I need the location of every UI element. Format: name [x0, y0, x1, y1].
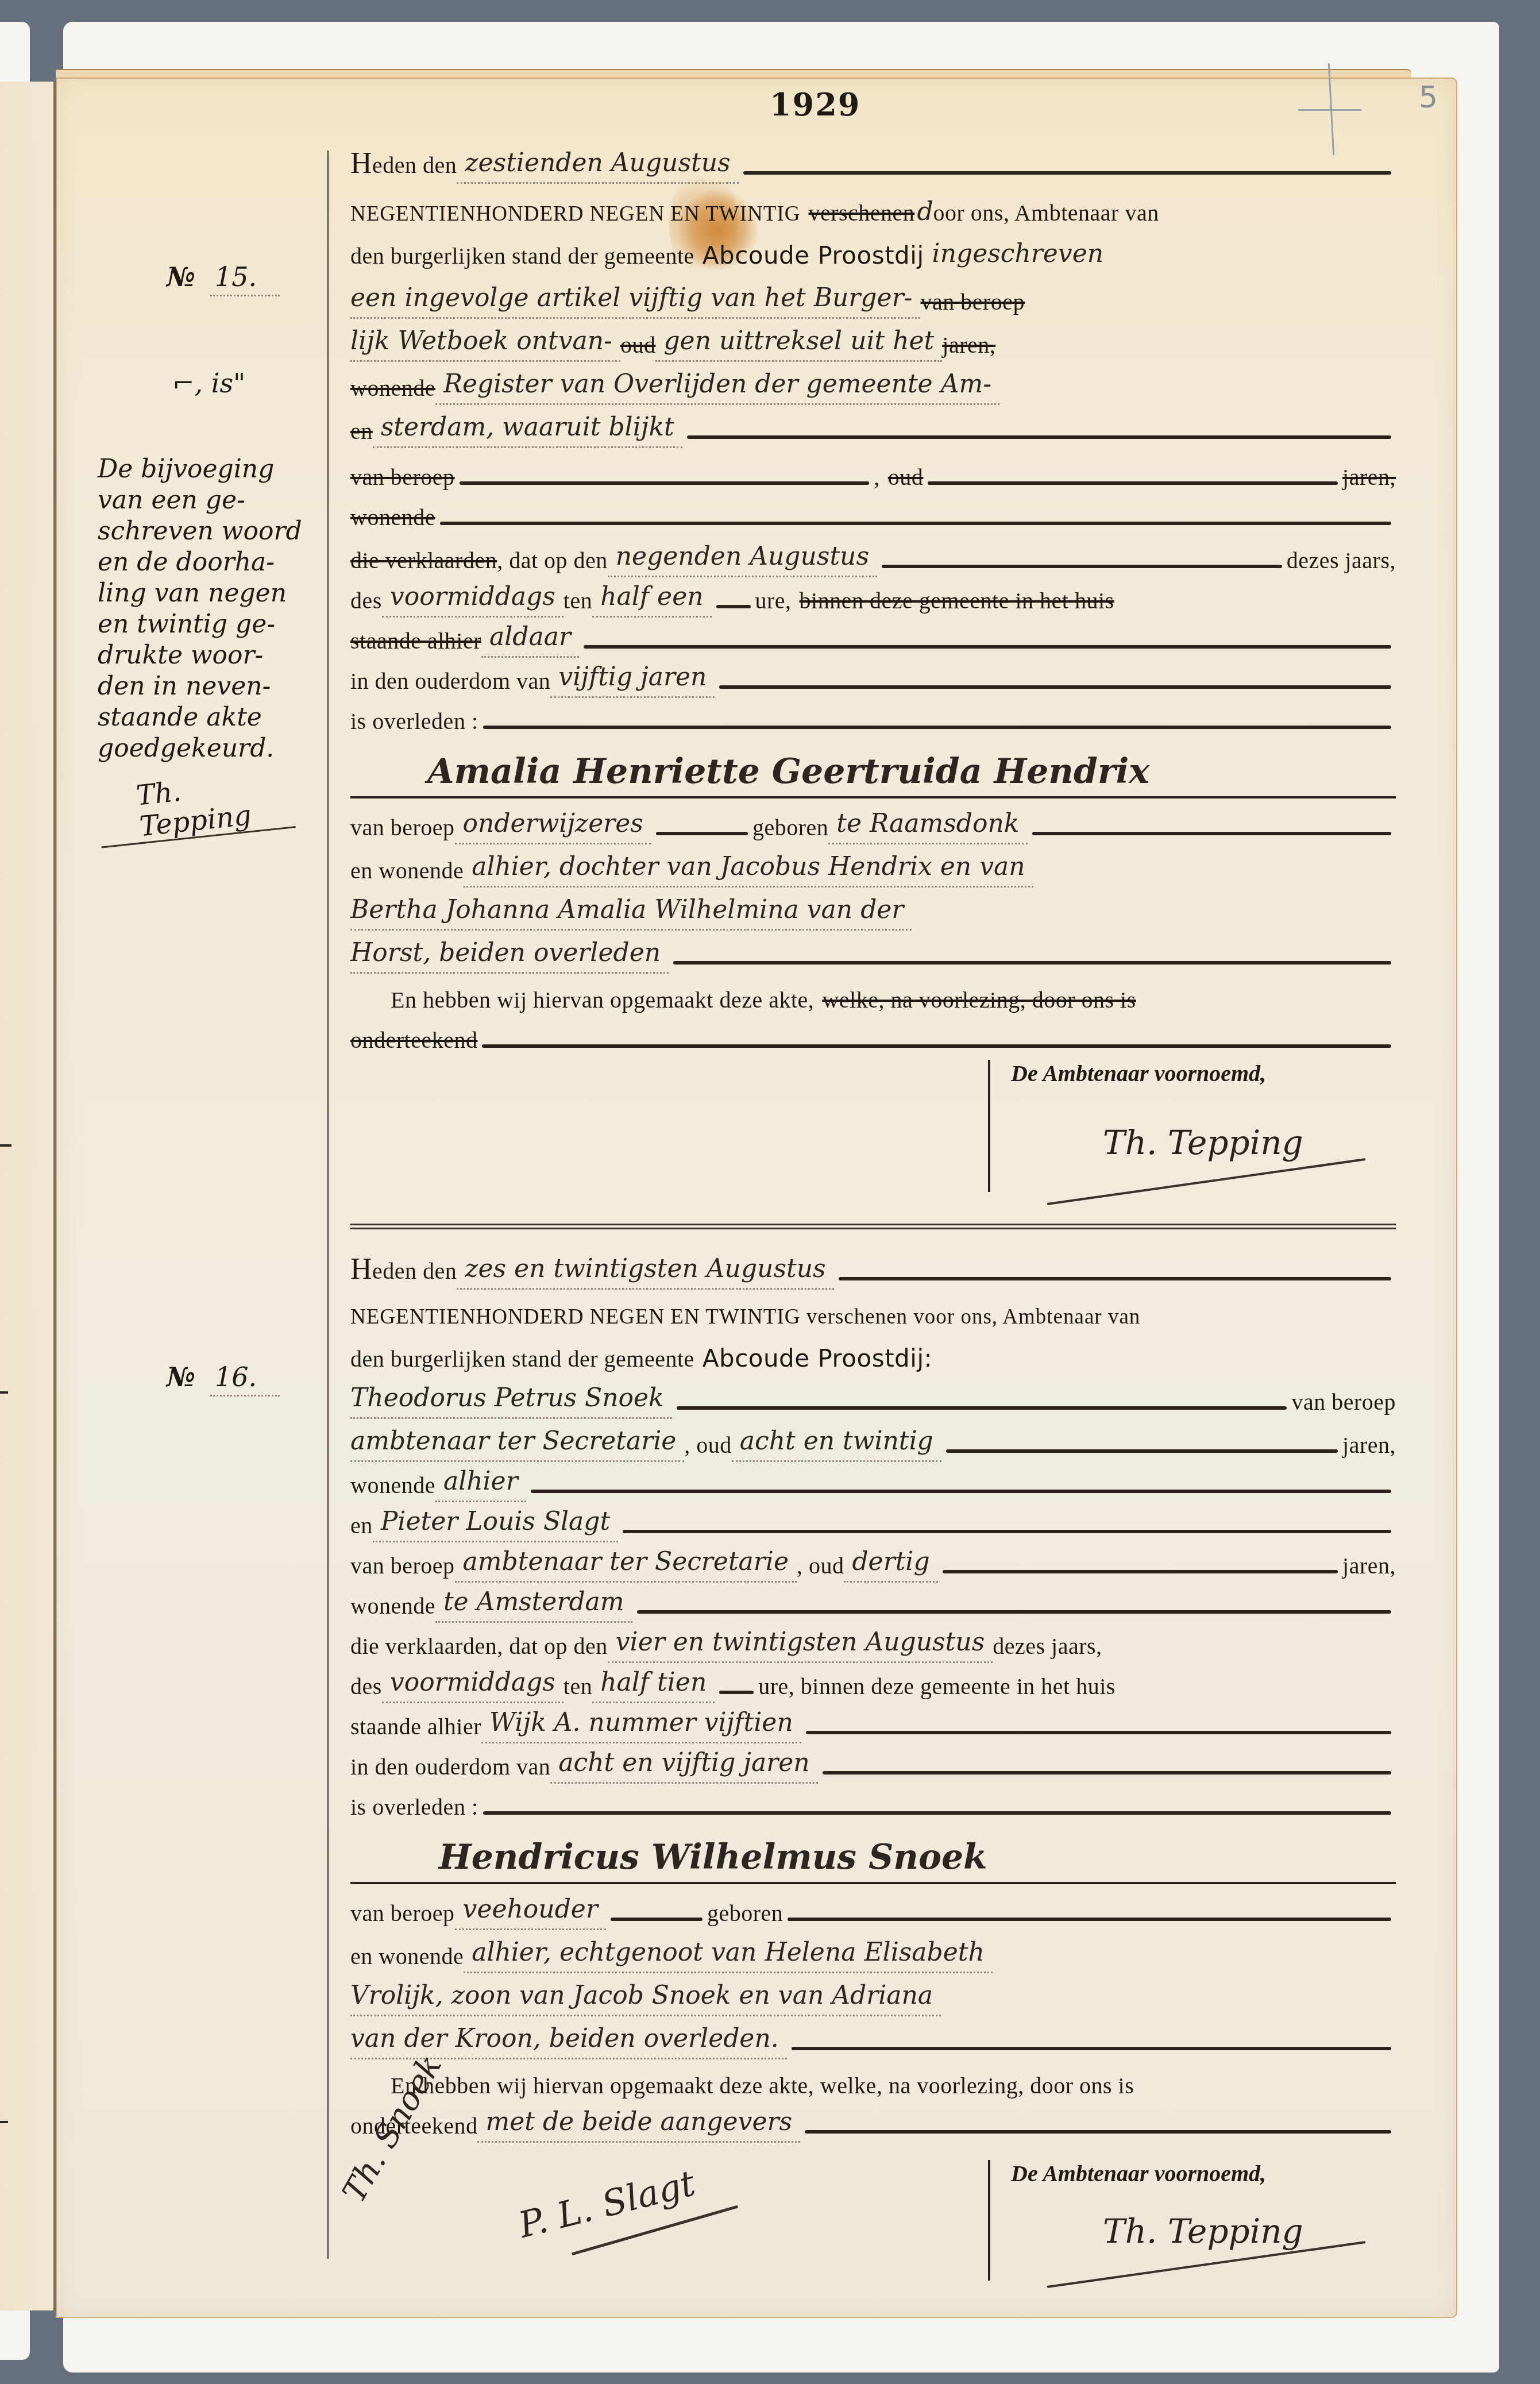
e15-line-occupation: van beroep onderwijzeres geboren te Raam…: [350, 804, 1396, 844]
e15-line-closing: En hebben wij hiervan opgemaakt deze akt…: [350, 977, 1396, 1017]
municipality: Abcoude Proostdij:: [703, 1344, 932, 1376]
e15-line-7: en sterdam, waaruit blijkt: [350, 408, 1396, 448]
insertion-marker: ⌐, is": [172, 368, 245, 399]
margin-signature: Th. Tepping: [95, 765, 296, 848]
e16-line-municipality: den burgerlijken stand der gemeente Abco…: [350, 1336, 1396, 1376]
ink-mark: [0, 1144, 11, 1147]
e16-line-declarant-1: Theodorus Petrus Snoek van beroep: [350, 1379, 1396, 1419]
e16-line-declarant-2: en Pieter Louis Slagt: [350, 1502, 1396, 1542]
e15-line-residence: en wonende alhier, dochter van Jacobus H…: [350, 847, 1396, 888]
entry-number-15: №15.: [167, 261, 280, 292]
municipality: Abcoude Proostdij: [703, 241, 924, 273]
e16-line-closing: En hebben wij hiervan opgemaakt deze akt…: [350, 2062, 1396, 2103]
page-year: 1929: [770, 86, 860, 123]
margin-annotation: De bijvoeging van een ge- schreven woord…: [98, 454, 316, 838]
e16-line-declarant-2-residence: wonende te Amsterdam: [350, 1583, 1396, 1623]
official-label: De Ambtenaar voornoemd,: [1011, 2160, 1266, 2187]
e15-line-place: staande alhier aldaar: [350, 618, 1396, 658]
e16-line-signed: onderteekend met de beide aangevers: [350, 2103, 1396, 2143]
folio-number: 5: [1419, 80, 1438, 115]
declarant-name: Theodorus Petrus Snoek: [350, 1383, 672, 1419]
e16-line-declarant-1-residence: wonende alhier: [350, 1462, 1396, 1502]
official-signature-block-16: De Ambtenaar voornoemd, Th. Tepping: [988, 2160, 1390, 2304]
ink-mark: [0, 1391, 8, 1394]
e15-line-age: in den ouderdom van vijftig jaren: [350, 658, 1396, 698]
deceased-name: Amalia Henriette Geertruida Hendrix: [419, 751, 1157, 796]
e15-line-5: lijk Wetboek ontvan- oud gen uittreksel …: [350, 322, 1396, 362]
pencil-fraction-mark: [1298, 63, 1361, 155]
official-signature: Th. Tepping: [1103, 1123, 1303, 1162]
e16-line-death-date: die verklaarden, dat op den vier en twin…: [350, 1623, 1396, 1663]
e16-line-declarant-1-occupation: ambtenaar ter Secretarie , oud acht en t…: [350, 1422, 1396, 1462]
margin-rule: [327, 151, 329, 2259]
e15-line-deceased-label: is overleden :: [350, 698, 1396, 738]
field-date: zestienden Augustus: [457, 148, 738, 184]
e15-line-signed: onderteekend: [350, 1017, 1396, 1057]
e16-line-year: NEGENTIENHONDERD NEGEN EN TWINTIG versch…: [350, 1293, 1396, 1333]
e16-line-death-time: des voormiddags ten half tien ure, binne…: [350, 1663, 1396, 1703]
ink-mark: [0, 2121, 8, 2123]
e16-line-deceased-label: is overleden :: [350, 1784, 1396, 1824]
official-signature-block-15: De Ambtenaar voornoemd, Th. Tepping: [988, 1060, 1390, 1221]
e16-line-declarant-2-occupation: van beroep ambtenaar ter Secretarie , ou…: [350, 1542, 1396, 1583]
e15-line-8: van beroep , oud jaren,: [350, 454, 1396, 494]
e15-line-6: wonende Register van Overlijden der geme…: [350, 365, 1396, 405]
declarant-name: Pieter Louis Slagt: [373, 1507, 618, 1542]
e15-line-date: Heden den zestienden Augustus: [350, 144, 1396, 184]
e15-line-municipality: den burgerlijken stand der gemeente Abco…: [350, 233, 1396, 273]
e15-line-9: wonende: [350, 494, 1396, 534]
e15-deceased-name-line: Amalia Henriette Geertruida Hendrix: [350, 747, 1396, 798]
official-signature: Th. Tepping: [1103, 2212, 1303, 2251]
e16-deceased-name-line: Hendricus Wilhelmus Snoek: [350, 1833, 1396, 1884]
e15-line-parents: Bertha Johanna Amalia Wilhelmina van der: [350, 890, 1396, 931]
official-label: De Ambtenaar voornoemd,: [1011, 1060, 1266, 1087]
e16-line-parents-2: van der Kroon, beiden overleden.: [350, 2019, 1396, 2059]
previous-page-edge: [0, 82, 55, 2310]
deceased-name: Hendricus Wilhelmus Snoek: [431, 1837, 995, 1882]
e15-line-4: een ingevolge artikel vijftig van het Bu…: [350, 279, 1396, 319]
e16-line-parents: Vrolijk, zoon van Jacob Snoek en van Adr…: [350, 1976, 1396, 2016]
e15-line-death-time: des voormiddags ten half een ure, binnen…: [350, 577, 1396, 618]
e16-line-place: staande alhier Wijk A. nummer vijftien: [350, 1703, 1396, 1743]
e15-line-parents-2: Horst, beiden overleden: [350, 933, 1396, 974]
e16-line-age: in den ouderdom van acht en vijftig jare…: [350, 1743, 1396, 1784]
e15-line-year: NEGENTIENHONDERD NEGEN EN TWINTIG versch…: [350, 190, 1396, 230]
e16-line-occupation: van beroep veehouder geboren: [350, 1890, 1396, 1930]
entry-number-16: №16.: [167, 1361, 280, 1392]
e16-line-date: Heden den zes en twintigsten Augustus: [350, 1249, 1396, 1290]
e15-line-death-date: die verklaarden , dat op den negenden Au…: [350, 537, 1396, 577]
entry-separator: [350, 1224, 1396, 1229]
e16-line-residence: en wonende alhier, echtgenoot van Helena…: [350, 1933, 1396, 1973]
